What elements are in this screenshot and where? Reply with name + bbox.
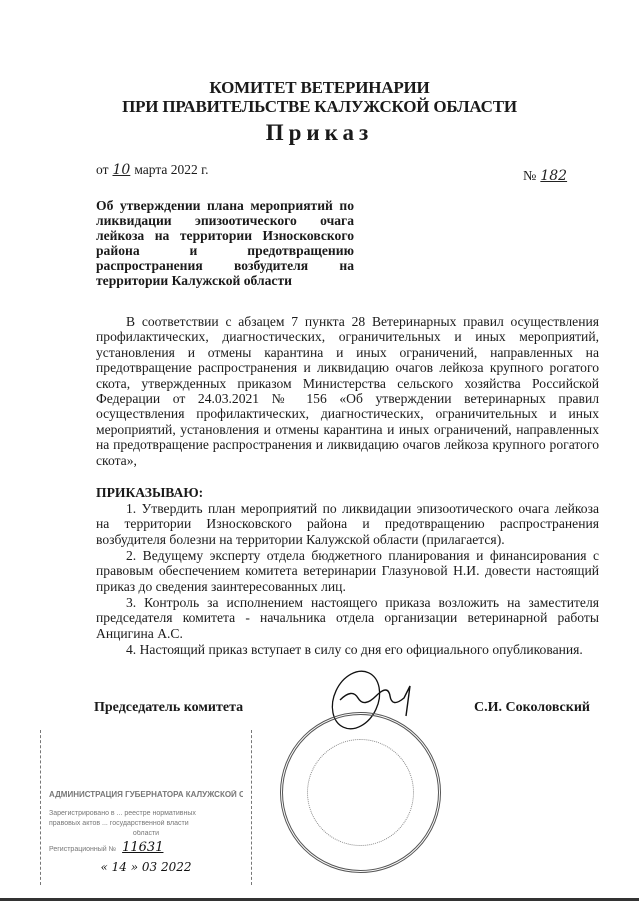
order-item-2: 2. Ведущему эксперту отдела бюджетного п… xyxy=(96,548,599,594)
reg-date: « 14 » 03 2022 xyxy=(49,860,243,874)
doc-number: №182 xyxy=(523,168,571,185)
scan-edge xyxy=(0,898,639,901)
reg-label: Регистрационный № xyxy=(49,846,116,853)
doc-subject: Об утверждении плана мероприятий по ликв… xyxy=(96,198,354,288)
stamp-line1: Зарегистрировано в ... реестре нормативн… xyxy=(49,810,243,817)
org-name-line2: ПРИ ПРАВИТЕЛЬСТВЕ КАЛУЖСКОЙ ОБЛАСТИ xyxy=(0,97,639,117)
order-item-4: 4. Настоящий приказ вступает в силу со д… xyxy=(96,642,599,657)
date-rest: марта 2022 г. xyxy=(134,162,208,177)
stamp-reg-label: Регистрационный № 11631 xyxy=(49,840,243,855)
reg-number: 11631 xyxy=(118,840,167,855)
doc-title: Приказ xyxy=(0,120,639,146)
order-word: ПРИКАЗЫВАЮ: xyxy=(96,485,599,500)
number-value: 182 xyxy=(536,168,571,184)
official-seal xyxy=(280,712,441,873)
preamble: В соответствии с абзацем 7 пункта 28 Вет… xyxy=(96,314,599,468)
number-prefix: № xyxy=(523,169,536,184)
stamp-line2: правовых актов ... государственной власт… xyxy=(49,820,243,827)
org-name-line1: КОМИТЕТ ВЕТЕРИНАРИИ xyxy=(0,78,639,98)
date-prefix: от xyxy=(96,162,108,177)
signer-position: Председатель комитета xyxy=(94,700,243,716)
doc-date: от10марта 2022 г. xyxy=(96,162,209,178)
signer-name: С.И. Соколовский xyxy=(474,700,590,716)
stamp-line3: области xyxy=(49,830,243,837)
order-item-3: 3. Контроль за исполнением настоящего пр… xyxy=(96,595,599,641)
registration-stamp: АДМИНИСТРАЦИЯ ГУБЕРНАТОРА КАЛУЖСКОЙ ОБЛА… xyxy=(40,730,252,885)
order-item-1: 1. Утвердить план мероприятий по ликвида… xyxy=(96,501,599,547)
stamp-title: АДМИНИСТРАЦИЯ ГУБЕРНАТОРА КАЛУЖСКОЙ ОБЛА… xyxy=(49,790,243,799)
seal-emblem xyxy=(307,739,414,846)
date-day: 10 xyxy=(108,162,134,178)
